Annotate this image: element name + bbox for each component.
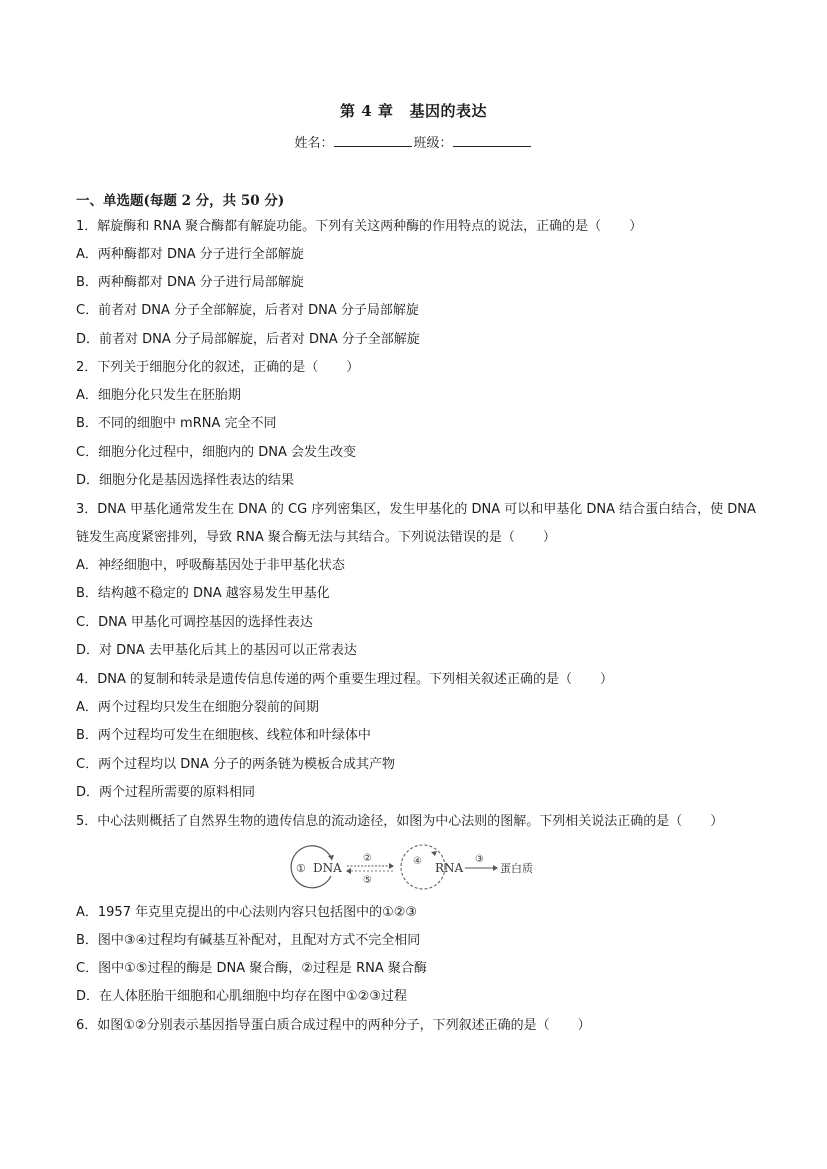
question-2-stem: 2．下列关于细胞分化的叙述，正确的是（） bbox=[76, 359, 359, 377]
question-1-option-a: A．两种酶都对 DNA 分子进行全部解旋 bbox=[76, 246, 304, 264]
question-3-stem-line-2: 链发生高度紧密排列，导致 RNA 聚合酶无法与其结合。下列说法错误的是（） bbox=[76, 529, 556, 547]
question-5-option-c: C．图中①⑤过程的酶是 DNA 聚合酶，②过程是 RNA 聚合酶 bbox=[76, 960, 427, 978]
question-6-stem: 6．如图①②分别表示基因指导蛋白质合成过程中的两种分子，下列叙述正确的是（） bbox=[76, 1017, 591, 1035]
name-blank[interactable] bbox=[334, 134, 412, 147]
central-dogma-diagram: ① DNA ② ⑤ ④ RNA ③ 蛋白质 bbox=[285, 842, 550, 892]
paren-close: ） bbox=[600, 672, 613, 687]
question-3-option-d: D．对 DNA 去甲基化后其上的基因可以正常表达 bbox=[76, 642, 357, 660]
stem-text: 5．中心法则概括了自然界生物的遗传信息的流动途径，如图为中心法则的图解。下列相关… bbox=[76, 814, 682, 829]
question-4-option-b: B．两个过程均可发生在细胞核、线粒体和叶绿体中 bbox=[76, 727, 371, 745]
question-4-option-a: A．两个过程均只发生在细胞分裂前的间期 bbox=[76, 699, 319, 717]
label-1: ① bbox=[296, 862, 306, 875]
section-heading: 一、单选题(每题 2 分，共 50 分) bbox=[76, 189, 284, 209]
question-2-option-b: B．不同的细胞中 mRNA 完全不同 bbox=[76, 415, 277, 433]
class-blank[interactable] bbox=[453, 134, 531, 147]
question-5-stem: 5．中心法则概括了自然界生物的遗传信息的流动途径，如图为中心法则的图解。下列相关… bbox=[76, 813, 723, 831]
node-rna: RNA bbox=[435, 861, 464, 875]
question-5-option-d: D．在人体胚胎干细胞和心肌细胞中均存在图中①②③过程 bbox=[76, 988, 407, 1006]
label-2: ② bbox=[363, 853, 372, 864]
paren-close: ） bbox=[578, 1018, 591, 1033]
document-title: 第 4 章基因的表达 bbox=[0, 100, 827, 121]
chapter-title: 基因的表达 bbox=[409, 102, 487, 120]
chapter-number: 第 4 章 bbox=[340, 102, 393, 120]
paren-close: ） bbox=[543, 530, 556, 545]
student-info-line: 姓名：班级： bbox=[0, 132, 827, 151]
label-5: ⑤ bbox=[363, 875, 372, 886]
question-2-option-d: D．细胞分化是基因选择性表达的结果 bbox=[76, 472, 294, 490]
stem-text: 链发生高度紧密排列，导致 RNA 聚合酶无法与其结合。下列说法错误的是（ bbox=[76, 530, 515, 545]
class-label: 班级： bbox=[414, 136, 453, 151]
stem-text: 4．DNA 的复制和转录是遗传信息传递的两个重要生理过程。下列相关叙述正确的是（ bbox=[76, 672, 572, 687]
paren-close: ） bbox=[710, 814, 723, 829]
arrow-left-icon bbox=[346, 868, 351, 874]
arrow-right-icon bbox=[493, 865, 498, 871]
question-5-option-b: B．图中③④过程均有碱基互补配对，且配对方式不完全相同 bbox=[76, 932, 420, 950]
question-1-option-c: C．前者对 DNA 分子全部解旋，后者对 DNA 分子局部解旋 bbox=[76, 302, 419, 320]
question-4-option-d: D．两个过程所需要的原料相同 bbox=[76, 784, 255, 802]
node-dna: DNA bbox=[313, 861, 342, 875]
question-5-option-a: A．1957 年克里克提出的中心法则内容只包括图中的①②③ bbox=[76, 904, 417, 922]
name-label: 姓名： bbox=[294, 136, 333, 151]
stem-text: 1．解旋酶和 RNA 聚合酶都有解旋功能。下列有关这两种酶的作用特点的说法，正确… bbox=[76, 219, 601, 234]
question-1-option-d: D．前者对 DNA 分子局部解旋，后者对 DNA 分子全部解旋 bbox=[76, 331, 420, 349]
question-3-option-a: A．神经细胞中，呼吸酶基因处于非甲基化状态 bbox=[76, 557, 345, 575]
paren-close: ） bbox=[629, 219, 642, 234]
label-3: ③ bbox=[475, 854, 484, 865]
question-2-option-c: C．细胞分化过程中，细胞内的 DNA 会发生改变 bbox=[76, 444, 356, 462]
question-4-stem: 4．DNA 的复制和转录是遗传信息传递的两个重要生理过程。下列相关叙述正确的是（… bbox=[76, 671, 613, 689]
question-1-option-b: B．两种酶都对 DNA 分子进行局部解旋 bbox=[76, 274, 304, 292]
arrow-right-icon bbox=[389, 863, 394, 869]
question-2-option-a: A．细胞分化只发生在胚胎期 bbox=[76, 387, 241, 405]
label-4: ④ bbox=[413, 856, 422, 867]
question-3-option-c: C．DNA 甲基化可调控基因的选择性表达 bbox=[76, 614, 313, 632]
node-protein: 蛋白质 bbox=[500, 861, 533, 875]
question-4-option-c: C．两个过程均以 DNA 分子的两条链为模板合成其产物 bbox=[76, 756, 395, 774]
paren-close: ） bbox=[346, 360, 359, 375]
stem-text: 6．如图①②分别表示基因指导蛋白质合成过程中的两种分子，下列叙述正确的是（ bbox=[76, 1018, 550, 1033]
question-1-stem: 1．解旋酶和 RNA 聚合酶都有解旋功能。下列有关这两种酶的作用特点的说法，正确… bbox=[76, 218, 642, 236]
stem-text: 2．下列关于细胞分化的叙述，正确的是（ bbox=[76, 360, 318, 375]
question-3-option-b: B．结构越不稳定的 DNA 越容易发生甲基化 bbox=[76, 585, 330, 603]
question-3-stem-line-1: 3．DNA 甲基化通常发生在 DNA 的 CG 序列密集区，发生甲基化的 DNA… bbox=[76, 501, 756, 519]
